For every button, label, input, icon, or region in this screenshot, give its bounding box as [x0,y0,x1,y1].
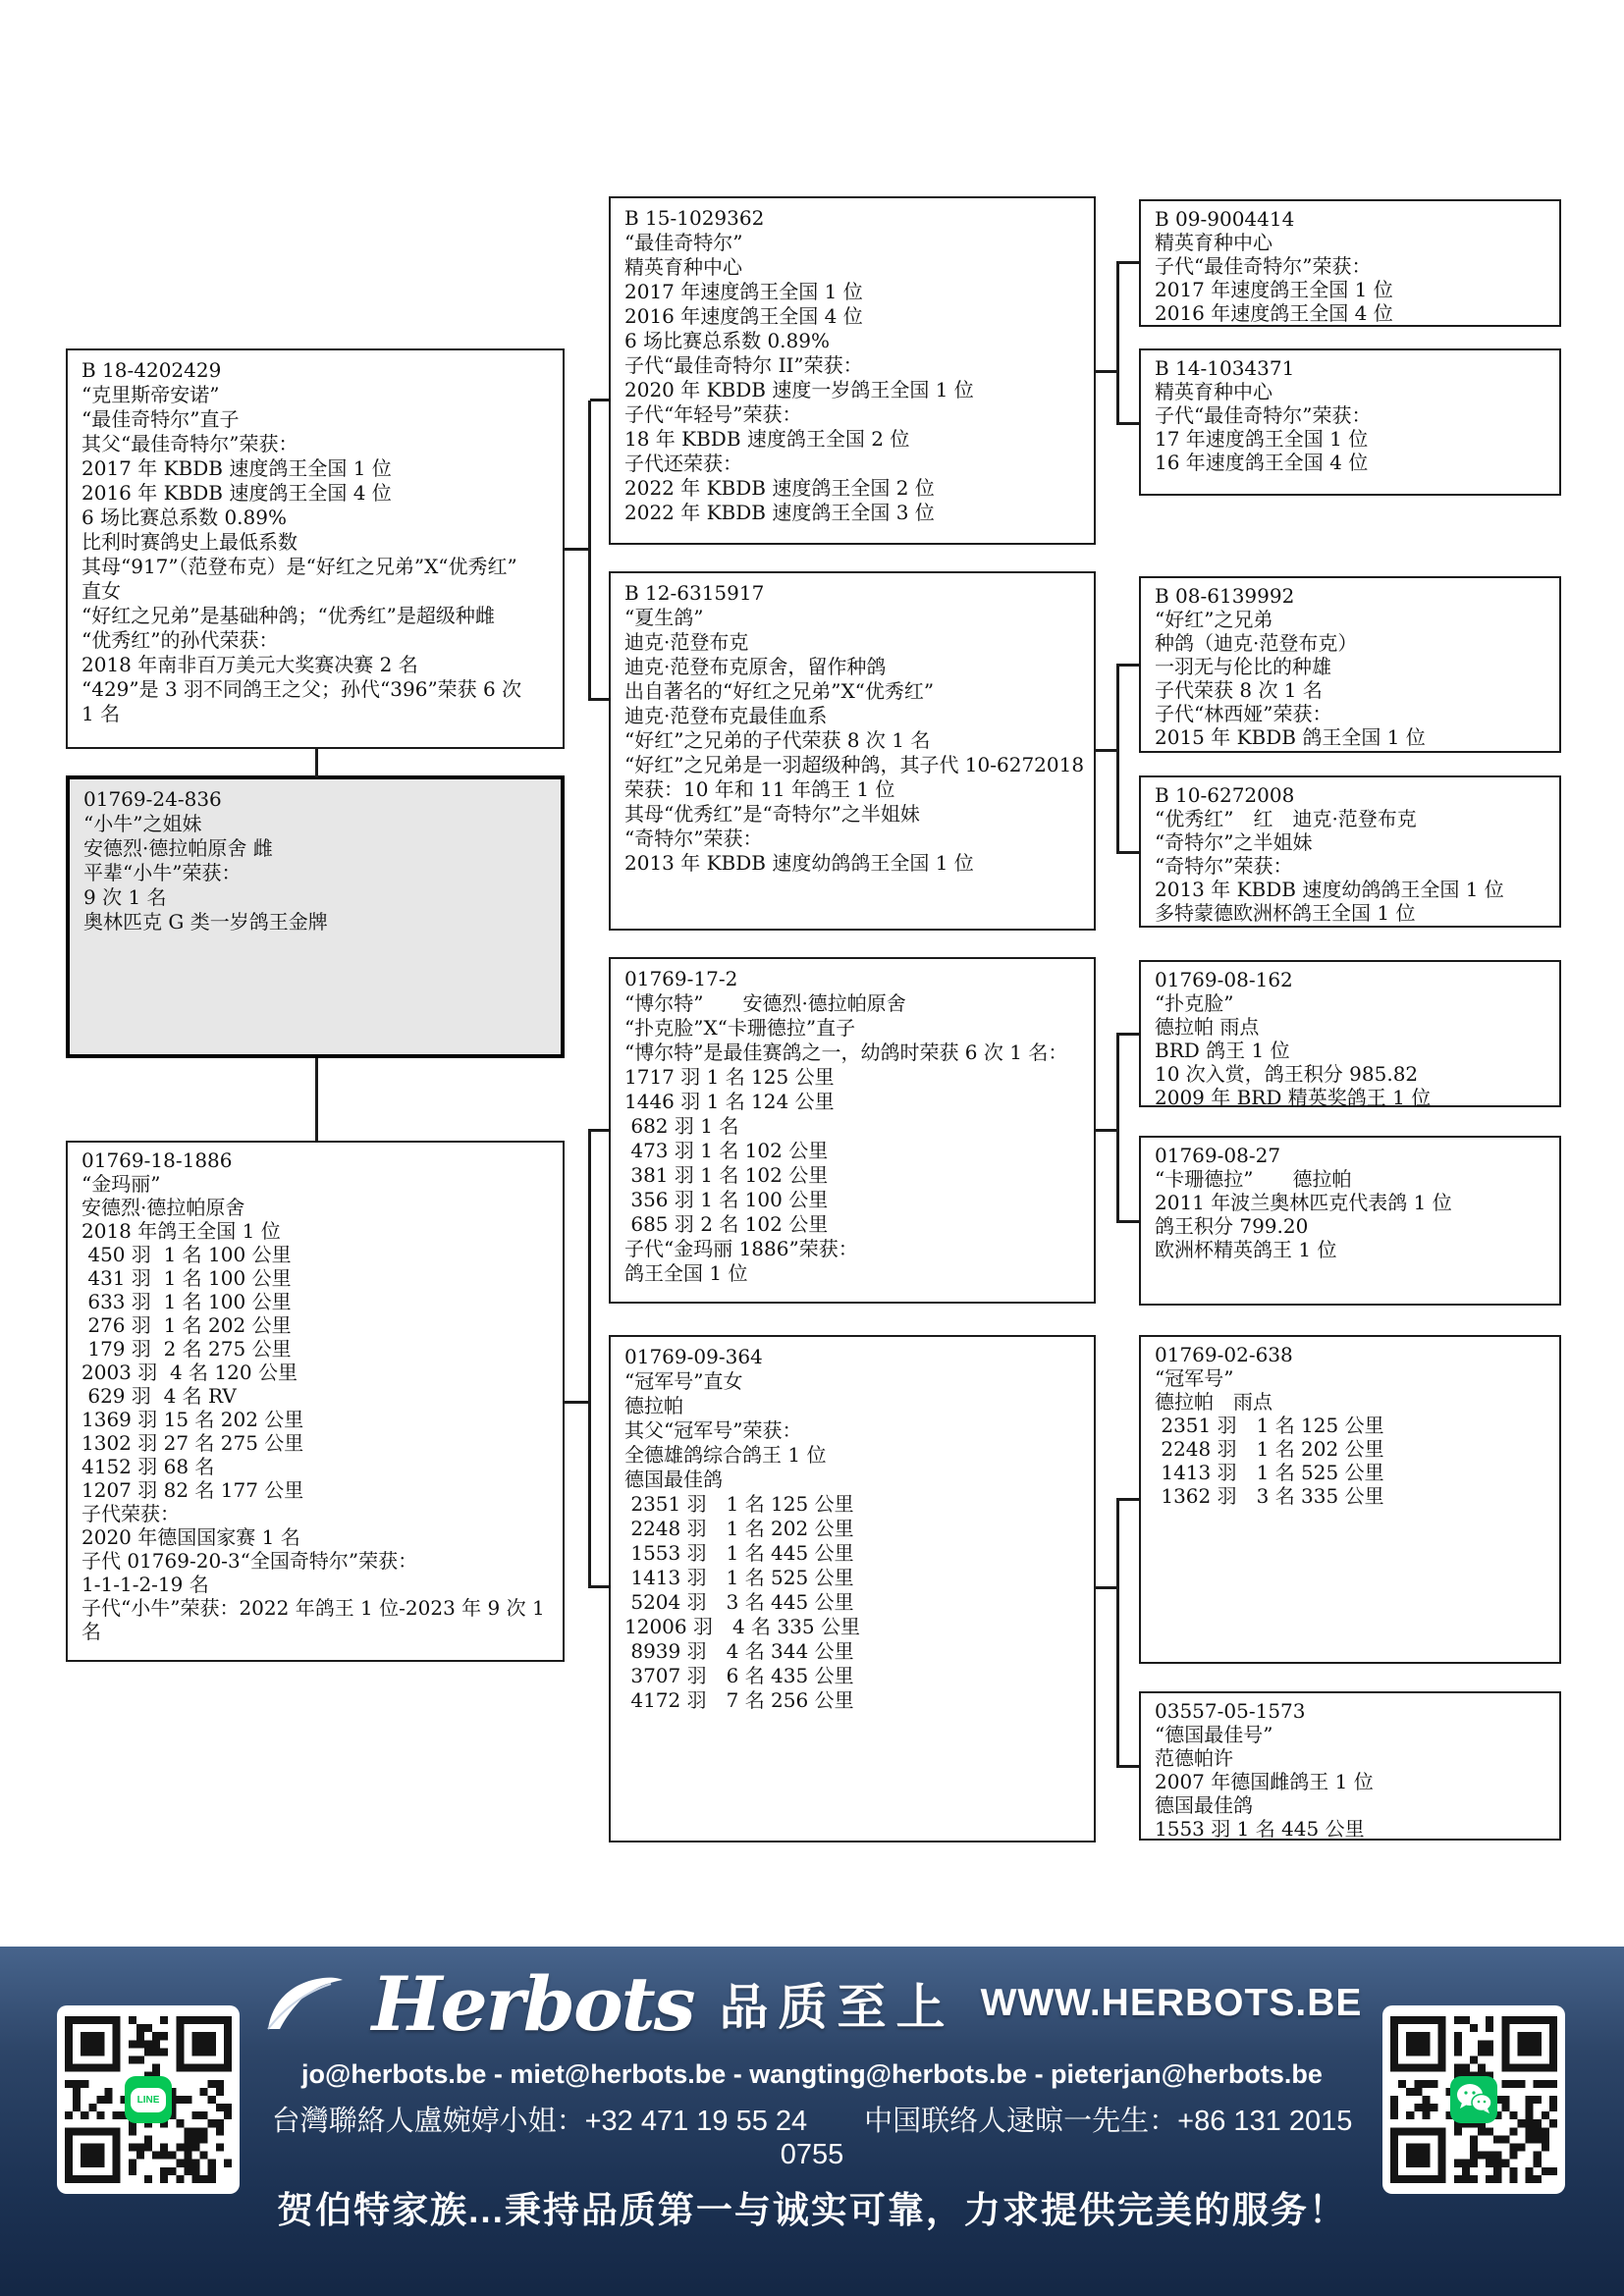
pedigree-document: B 18-4202429“克里斯帝安诺”“最佳奇特尔”直子其父“最佳奇特尔”荣获… [0,0,1624,2296]
text-line: 2017 年 KBDB 速度鸽王全国 1 位 [81,456,549,481]
text-line: 其母“优秀红”是“奇特尔”之半姐妹 [624,802,1080,827]
text-line: B 18-4202429 [81,358,549,383]
text-line: “奇特尔”荣获： [1155,854,1545,878]
pedigree-connector [590,399,611,401]
footer: LINE Herbots 品质至上 WWW.HERBOTS.BE jo@herb… [0,1947,1624,2296]
text-line: “扑克脸” [1155,991,1545,1015]
pedigree-connector [1118,1220,1139,1223]
pedigree-connector [588,400,591,701]
text-line: 1362 羽 3 名 335 公里 [1155,1484,1545,1508]
text-line: “扑克脸”X“卡珊德拉”直子 [624,1016,1080,1041]
text-line: 2009 年 BRD 精英奖鸽王 1 位 [1155,1086,1545,1109]
text-line: 多特蒙德欧洲杯鸽王全国 1 位 [1155,901,1545,925]
text-line: 01769-02-638 [1155,1343,1545,1366]
wechat-qr-code [1382,2005,1565,2194]
text-line: B 08-6139992 [1155,584,1545,608]
text-line: “好红”之兄弟 [1155,608,1545,631]
text-line: 全德雄鸽综合鸽王 1 位 [624,1443,1080,1468]
text-line: 子代“林西娅”荣获： [1155,702,1545,725]
pedigree-box-granddam-maternal: 01769-09-364“冠军号”直女德拉帕其父“冠军号”荣获：全德雄鸽综合鸽王… [609,1335,1096,1842]
text-line: “奇特尔”之半姐妹 [1155,830,1545,854]
text-line: 安德烈·德拉帕原舍 雌 [83,836,547,861]
text-line: 迪克·范登布克 [624,630,1080,655]
text-line: 其父“最佳奇特尔”荣获： [81,432,549,456]
text-line: “博尔特”是最佳赛鸽之一，幼鸽时荣获 6 次 1 名： [624,1041,1080,1065]
text-line: 1413 羽 1 名 525 公里 [1155,1461,1545,1484]
text-line: 1207 羽 82 名 177 公里 [81,1478,549,1502]
text-line: 2351 羽 1 名 125 公里 [1155,1414,1545,1437]
text-line: 奥林匹克 G 类一岁鸽王金牌 [83,910,547,934]
text-line: 2003 羽 4 名 120 公里 [81,1361,549,1384]
pedigree-connector [1116,664,1119,854]
text-line: 01769-24-836 [83,787,547,812]
text-line: 6 场比赛总系数 0.89% [624,329,1080,353]
text-line: 1413 羽 1 名 525 公里 [624,1566,1080,1590]
text-line: 2020 年德国国家赛 1 名 [81,1525,549,1549]
feather-icon [262,1972,347,2035]
text-line: “429”是 3 羽不同鸽王之父；孙代“396”荣获 6 次 [81,677,549,702]
line-icon: LINE [125,2076,172,2123]
pedigree-box-grandsire-paternal: B 15-1029362“最佳奇特尔”精英育种中心2017 年速度鸽王全国 1 … [609,196,1096,545]
text-line: 6 场比赛总系数 0.89% [81,506,549,530]
text-line: 17 年速度鸽王全国 1 位 [1155,427,1545,451]
text-line: 子代“最佳奇特尔”荣获： [1155,403,1545,427]
pedigree-connector [1116,261,1119,425]
text-line: 精英育种中心 [624,255,1080,280]
text-line: BRD 鸽王 1 位 [1155,1039,1545,1062]
pedigree-connector [1094,749,1118,752]
email-line: jo@herbots.be - miet@herbots.be - wangti… [301,2059,1323,2090]
text-line: 381 羽 1 名 102 公里 [624,1163,1080,1188]
text-line: 欧洲杯精英鸽王 1 位 [1155,1238,1545,1261]
text-line: 精英育种中心 [1155,380,1545,403]
pedigree-connector [1118,261,1139,264]
pedigree-connector [590,1129,611,1132]
text-line: 2248 羽 1 名 202 公里 [1155,1437,1545,1461]
text-line: 种鸽（迪克·范登布克） [1155,631,1545,655]
text-line: 8939 羽 4 名 344 公里 [624,1639,1080,1664]
text-line: “卡珊德拉” 德拉帕 [1155,1167,1545,1191]
text-line: “最佳奇特尔”直子 [81,407,549,432]
text-line: 01769-17-2 [624,967,1080,991]
pedigree-box-ggp-3: B 08-6139992“好红”之兄弟种鸽（迪克·范登布克）一羽无与伦比的种雄子… [1139,576,1561,753]
pedigree-connector [315,1058,318,1143]
text-line: 685 羽 2 名 102 公里 [624,1212,1080,1237]
text-line: 2248 羽 1 名 202 公里 [624,1517,1080,1541]
pedigree-connector [1118,664,1139,667]
text-line: 迪克·范登布克最佳血系 [624,704,1080,728]
text-line: 子代 01769-20-3“全国奇特尔”荣获： [81,1549,549,1573]
text-line: “冠军号”直女 [624,1369,1080,1394]
text-line: 01769-18-1886 [81,1148,549,1172]
text-line: 2016 年速度鸽王全国 4 位 [624,304,1080,329]
text-line: 子代荣获 8 次 1 名 [1155,678,1545,702]
pedigree-box-ggp-6: 01769-08-27“卡珊德拉” 德拉帕2011 年波兰奥林匹克代表鸽 1 位… [1139,1136,1561,1306]
text-line: “博尔特” 安德烈·德拉帕原舍 [624,991,1080,1016]
text-line: 德拉帕 雨点 [1155,1015,1545,1039]
text-line: 德国最佳鸽 [1155,1793,1545,1817]
pedigree-connector [1118,1498,1139,1501]
pedigree-connector [1118,422,1139,425]
text-line: 1553 羽 1 名 445 公里 [624,1541,1080,1566]
text-line: B 12-6315917 [624,581,1080,606]
contact-line: 台灣聯絡人盧婉婷小姐：+32 471 19 55 24 中国联络人逯晾一先生：+… [260,2099,1364,2171]
text-line: 2013 年 KBDB 速度幼鸽鸽王全国 1 位 [1155,878,1545,901]
text-line: 01769-08-27 [1155,1144,1545,1167]
text-line: 鸽王积分 799.20 [1155,1214,1545,1238]
text-line: 1302 羽 27 名 275 公里 [81,1431,549,1455]
text-line: 4172 羽 7 名 256 公里 [624,1688,1080,1713]
slogan-line: 贺伯特家族...秉持品质第一与诚实可靠，力求提供完美的服务！ [277,2180,1347,2233]
text-line: “优秀红”的孙代荣获： [81,628,549,653]
pedigree-box-ggp-4: B 10-6272008“优秀红” 红 迪克·范登布克“奇特尔”之半姐妹“奇特尔… [1139,775,1561,928]
pedigree-box-grandsire-maternal: 01769-17-2“博尔特” 安德烈·德拉帕原舍“扑克脸”X“卡珊德拉”直子“… [609,957,1096,1304]
logo-row: Herbots 品质至上 WWW.HERBOTS.BE [262,1956,1363,2051]
text-line: 鸽王全国 1 位 [624,1261,1080,1286]
text-line: 1717 羽 1 名 125 公里 [624,1065,1080,1090]
text-line: “好红”之兄弟是一羽超级种鸽，其子代 10-6272018 [624,753,1080,777]
pedigree-box-ggp-2: B 14-1034371精英育种中心子代“最佳奇特尔”荣获：17 年速度鸽王全国… [1139,348,1561,496]
text-line: 9 次 1 名 [83,885,547,910]
text-line: 2018 年南非百万美元大奖赛决赛 2 名 [81,653,549,677]
pedigree-box-ggp-1: B 09-9004414精英育种中心子代“最佳奇特尔”荣获：2017 年速度鸽王… [1139,199,1561,327]
text-line: 2011 年波兰奥林匹克代表鸽 1 位 [1155,1191,1545,1214]
text-line: 2013 年 KBDB 速度幼鸽鸽王全国 1 位 [624,851,1080,876]
text-line: 2018 年鸽王全国 1 位 [81,1219,549,1243]
text-line: B 15-1029362 [624,206,1080,231]
text-line: 比利时赛鸽史上最低系数 [81,530,549,555]
text-line: 子代“小牛”荣获：2022 年鸽王 1 位-2023 年 9 次 1 [81,1596,549,1620]
pedigree-connector [565,1401,590,1404]
text-line: 迪克·范登布克原舍，留作种鸽 [624,655,1080,679]
pedigree-box-granddam-paternal: B 12-6315917“夏生鸽”迪克·范登布克迪克·范登布克原舍，留作种鸽出自… [609,571,1096,931]
footer-content: Herbots 品质至上 WWW.HERBOTS.BE jo@herbots.b… [260,1956,1364,2233]
text-line: “小牛”之姐妹 [83,812,547,836]
text-line: 4152 羽 68 名 [81,1455,549,1478]
wechat-icon [1450,2076,1497,2123]
text-line: 2015 年 KBDB 鸽王全国 1 位 [1155,725,1545,749]
text-line: 1 名 [81,702,549,726]
text-line: 2017 年速度鸽王全国 1 位 [1155,278,1545,301]
pedigree-connector [1094,370,1118,373]
text-line: 德拉帕 雨点 [1155,1390,1545,1414]
text-line: 473 羽 1 名 102 公里 [624,1139,1080,1163]
text-line: “德国最佳号” [1155,1723,1545,1746]
text-line: 范德帕许 [1155,1746,1545,1770]
text-line: 德拉帕 [624,1394,1080,1418]
brand-logo: Herbots [372,1960,694,2048]
website-text: WWW.HERBOTS.BE [981,1982,1363,2025]
text-line: 其父“冠军号”荣获： [624,1418,1080,1443]
text-line: 16 年速度鸽王全国 4 位 [1155,451,1545,474]
text-line: 直女 [81,579,549,604]
text-line: 子代荣获： [81,1502,549,1525]
text-line: 276 羽 1 名 202 公里 [81,1313,549,1337]
pedigree-connector [1094,1129,1118,1132]
pedigree-connector [1094,1586,1118,1589]
text-line: 5204 羽 3 名 445 公里 [624,1590,1080,1615]
pedigree-connector [1118,1033,1139,1036]
pedigree-connector [590,1585,611,1588]
text-line: “金玛丽” [81,1172,549,1196]
text-line: 01769-09-364 [624,1345,1080,1369]
text-line: 精英育种中心 [1155,231,1545,254]
text-line: 179 羽 2 名 275 公里 [81,1337,549,1361]
text-line: 平辈“小牛”荣获： [83,861,547,885]
text-line: 2020 年 KBDB 速度一岁鸽王全国 1 位 [624,378,1080,402]
text-line: 子代“最佳奇特尔 II”荣获： [624,353,1080,378]
text-line: 德国最佳鸽 [624,1468,1080,1492]
text-line: 10 次入赏，鸽王积分 985.82 [1155,1062,1545,1086]
text-line: 2022 年 KBDB 速度鸽王全国 3 位 [624,501,1080,525]
pedigree-connector [565,548,590,551]
text-line: 2007 年德国雌鸽王 1 位 [1155,1770,1545,1793]
text-line: 出自著名的“好红之兄弟”X“优秀红” [624,679,1080,704]
text-line: 12006 羽 4 名 335 公里 [624,1615,1080,1639]
text-line: 子代还荣获： [624,452,1080,476]
text-line: “夏生鸽” [624,606,1080,630]
text-line: B 14-1034371 [1155,356,1545,380]
text-line: 682 羽 1 名 [624,1114,1080,1139]
pedigree-connector [1118,1765,1139,1768]
text-line: 18 年 KBDB 速度鸽王全国 2 位 [624,427,1080,452]
text-line: 01769-08-162 [1155,968,1545,991]
text-line: 633 羽 1 名 100 公里 [81,1290,549,1313]
text-line: 一羽无与伦比的种雄 [1155,655,1545,678]
text-line: 1446 羽 1 名 124 公里 [624,1090,1080,1114]
text-line: B 09-9004414 [1155,207,1545,231]
text-line: “好红之兄弟”是基础种鸽；“优秀红”是超级种雌 [81,604,549,628]
text-line: 1553 羽 1 名 445 公里 [1155,1817,1545,1841]
text-line: 子代“最佳奇特尔”荣获： [1155,254,1545,278]
pedigree-box-ggp-8: 03557-05-1573“德国最佳号”范德帕许2007 年德国雌鸽王 1 位德… [1139,1691,1561,1841]
brand-tagline: 品质至上 [720,1968,955,2039]
text-line: 2016 年速度鸽王全国 4 位 [1155,301,1545,325]
pedigree-connector [315,749,318,777]
text-line: “最佳奇特尔” [624,231,1080,255]
text-line: 子代“年轻号”荣获： [624,402,1080,427]
pedigree-connector [590,698,611,701]
pedigree-box-mother: 01769-18-1886“金玛丽”安德烈·德拉帕原舍2018 年鸽王全国 1 … [66,1141,565,1662]
text-line: “冠军号” [1155,1366,1545,1390]
text-line: 子代“金玛丽 1886”荣获： [624,1237,1080,1261]
pedigree-box-subject: 01769-24-836“小牛”之姐妹安德烈·德拉帕原舍 雌平辈“小牛”荣获：9… [66,775,565,1058]
pedigree-connector [588,1129,591,1588]
text-line: “克里斯帝安诺” [81,383,549,407]
pedigree-connector [1116,1498,1119,1768]
pedigree-connector [1116,1033,1119,1223]
text-line: 2017 年速度鸽王全国 1 位 [624,280,1080,304]
pedigree-connector [1118,851,1139,854]
text-line: 安德烈·德拉帕原舍 [81,1196,549,1219]
text-line: 431 羽 1 名 100 公里 [81,1266,549,1290]
text-line: 03557-05-1573 [1155,1699,1545,1723]
pedigree-box-ggp-5: 01769-08-162“扑克脸”德拉帕 雨点BRD 鸽王 1 位10 次入赏，… [1139,960,1561,1107]
text-line: 2022 年 KBDB 速度鸽王全国 2 位 [624,476,1080,501]
text-line: 1369 羽 15 名 202 公里 [81,1408,549,1431]
text-line: 名 [81,1620,549,1643]
text-line: 629 羽 4 名 RV [81,1384,549,1408]
text-line: “奇特尔”荣获： [624,827,1080,851]
text-line: 其母“917”（范登布克）是“好红之兄弟”X“优秀红” [81,555,549,579]
text-line: B 10-6272008 [1155,783,1545,807]
text-line: 3707 羽 6 名 435 公里 [624,1664,1080,1688]
line-qr-code: LINE [57,2005,240,2194]
text-line: “好红”之兄弟的子代荣获 8 次 1 名 [624,728,1080,753]
pedigree-box-father: B 18-4202429“克里斯帝安诺”“最佳奇特尔”直子其父“最佳奇特尔”荣获… [66,348,565,749]
text-line: 2016 年 KBDB 速度鸽王全国 4 位 [81,481,549,506]
text-line: 2351 羽 1 名 125 公里 [624,1492,1080,1517]
text-line: “优秀红” 红 迪克·范登布克 [1155,807,1545,830]
text-line: 356 羽 1 名 100 公里 [624,1188,1080,1212]
text-line: 荣获：10 年和 11 年鸽王 1 位 [624,777,1080,802]
text-line: 450 羽 1 名 100 公里 [81,1243,549,1266]
pedigree-box-ggp-7: 01769-02-638“冠军号”德拉帕 雨点 2351 羽 1 名 125 公… [1139,1335,1561,1664]
text-line: 1-1-1-2-19 名 [81,1573,549,1596]
